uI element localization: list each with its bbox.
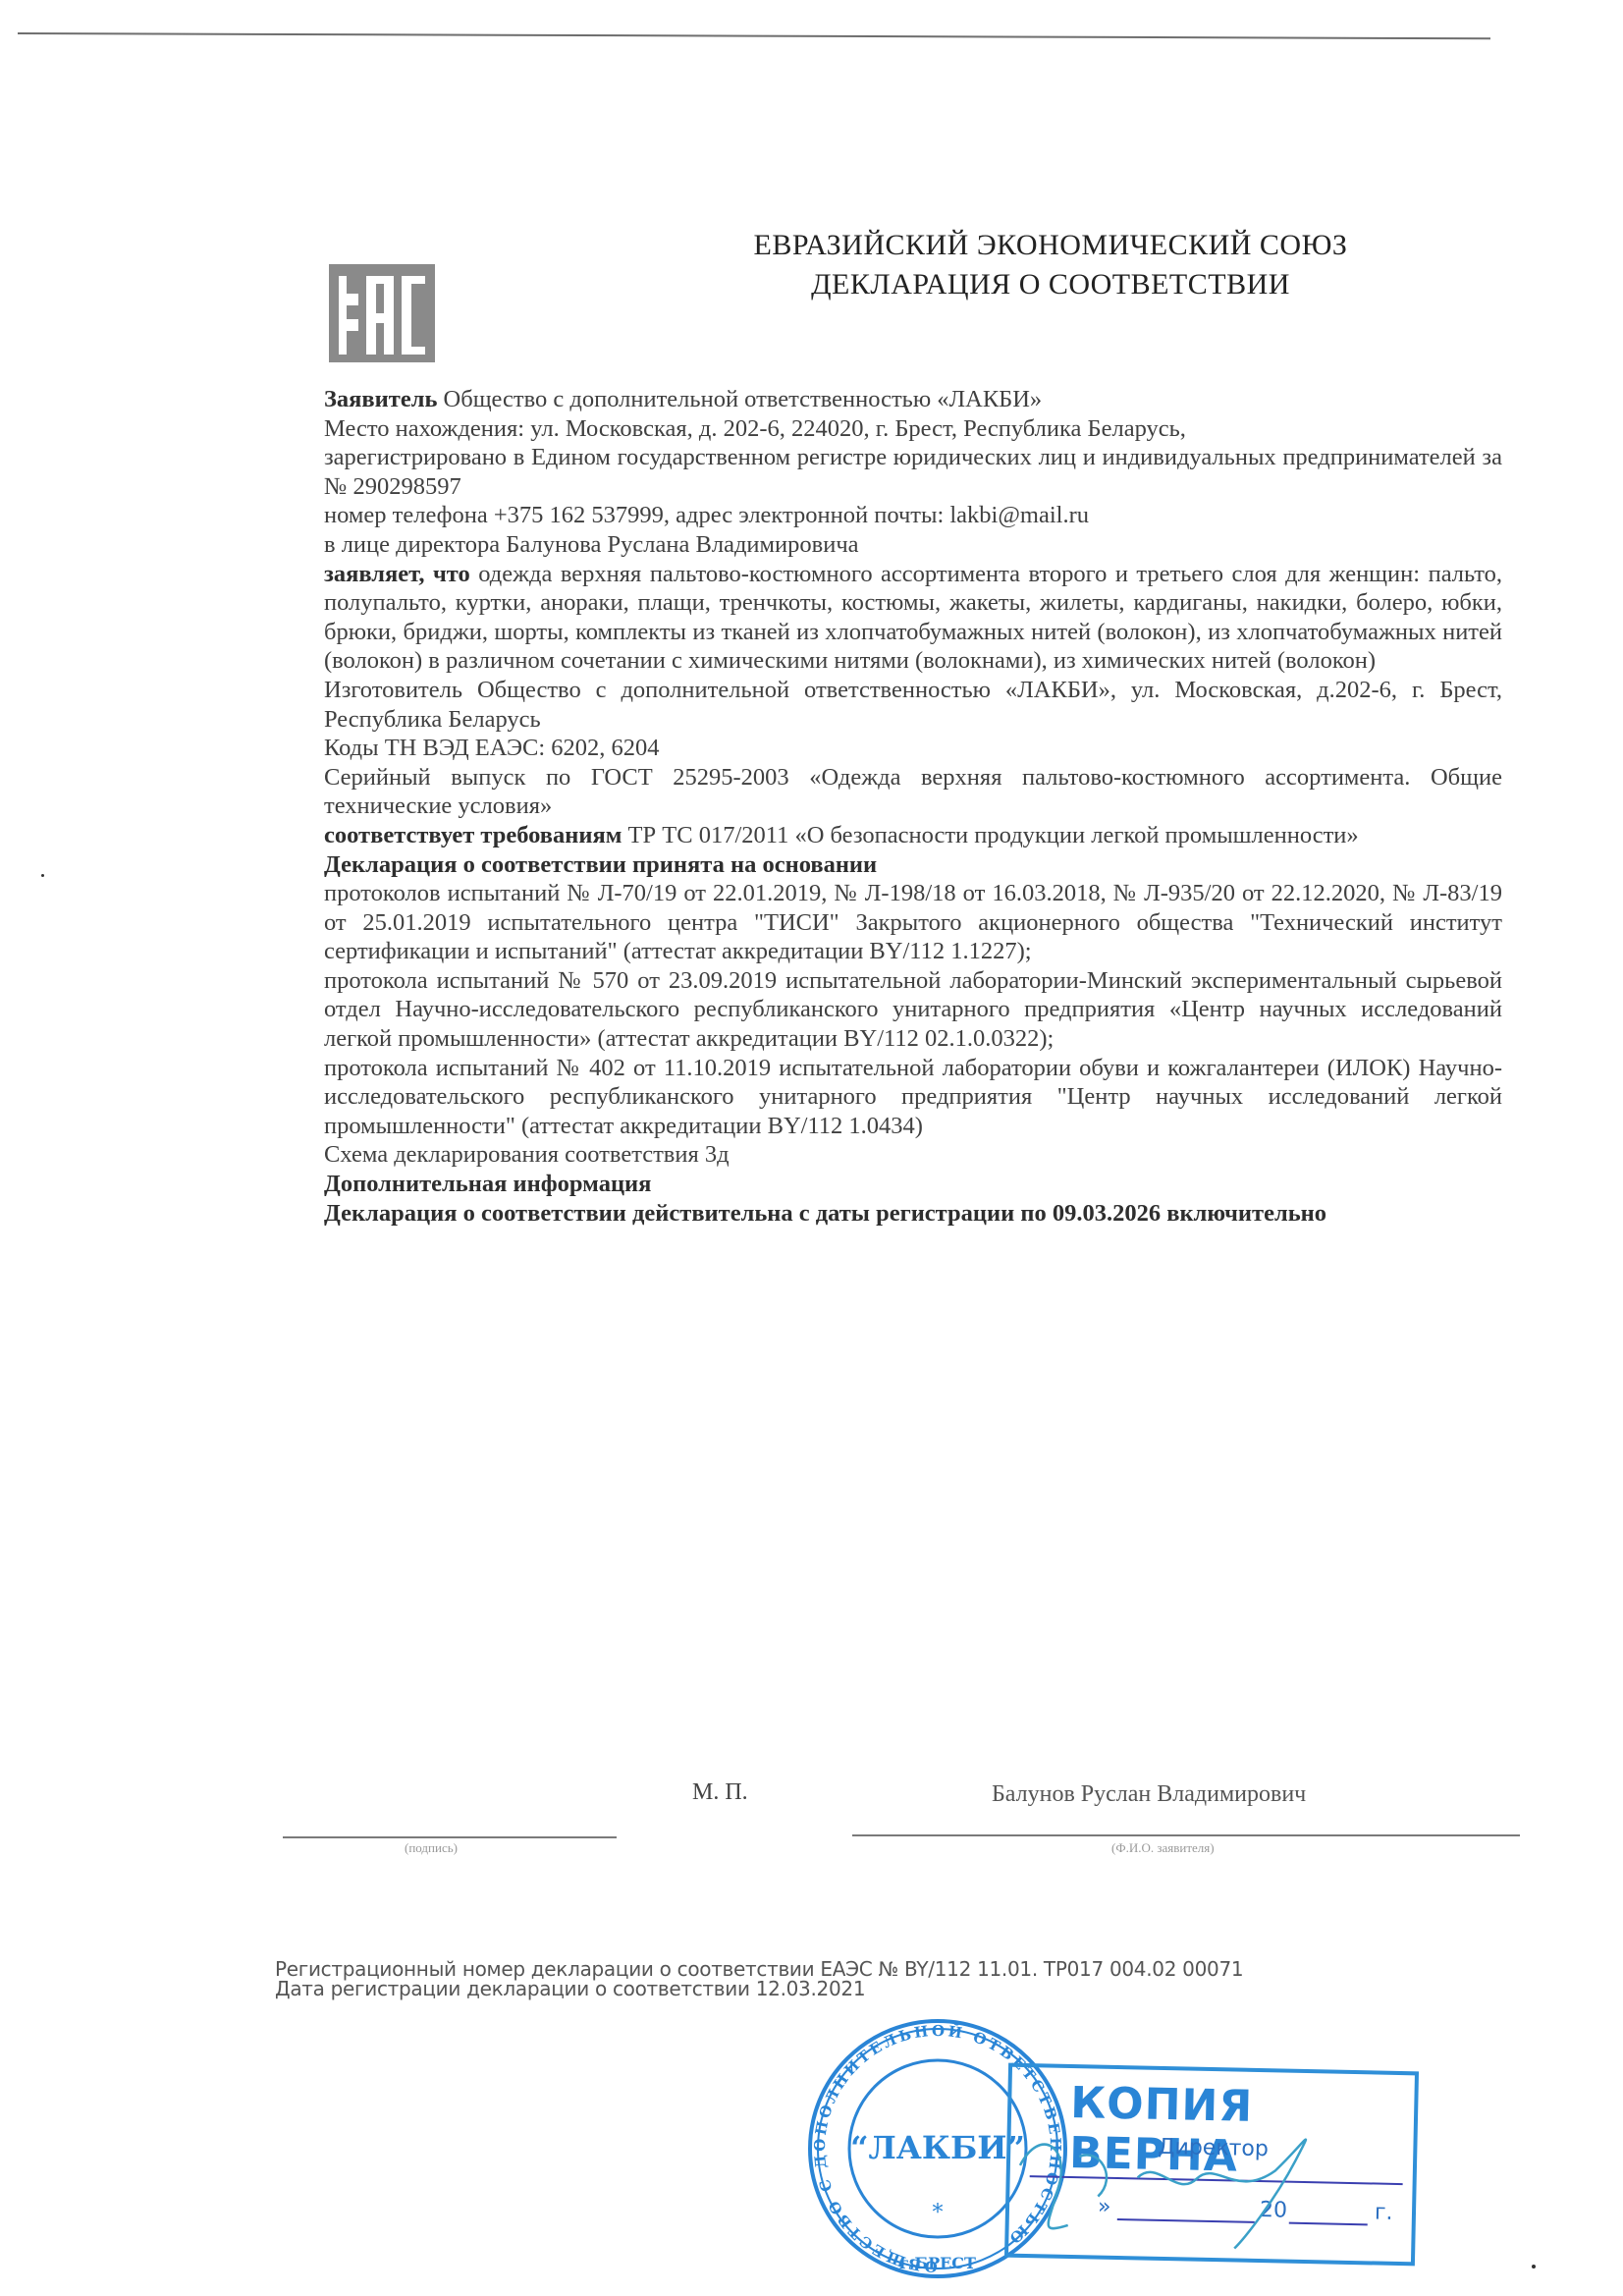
conforms-label: соответствует требованиям	[324, 822, 622, 848]
name-line	[852, 1834, 1520, 1836]
applicant-contacts: номер телефона +375 162 537999, адрес эл…	[324, 501, 1502, 530]
scan-speck	[41, 874, 44, 877]
conforms: соответствует требованиям ТР ТС 017/2011…	[324, 821, 1502, 850]
applicant-full-name: Балунов Руслан Владимирович	[992, 1781, 1306, 1808]
declaration-scheme: Схема декларирования соответствия 3д	[324, 1140, 1502, 1170]
declares-text: одежда верхняя пальтово-костюмного ассор…	[324, 561, 1502, 675]
declares: заявляет, что одежда верхняя пальтово-ко…	[324, 560, 1502, 676]
stamp-city: г.БРЕСТ	[899, 2254, 976, 2272]
registration-info: Регистрационный номер декларации о соотв…	[275, 1959, 1243, 1998]
manufacturer: Изготовитель Общество с дополнительной о…	[324, 676, 1502, 734]
signature-line	[283, 1836, 617, 1838]
copy-certified-stamp: КОПИЯ ВЕРНА Директор » 20 г.	[1004, 2063, 1419, 2267]
declares-label: заявляет, что	[324, 561, 470, 587]
scan-edge-line	[18, 32, 1490, 39]
name-caption: (Ф.И.О. заявителя)	[1111, 1840, 1215, 1856]
header-title: ДЕКЛАРАЦИЯ О СООТВЕТСТВИИ	[589, 265, 1512, 304]
applicant-name: Общество с дополнительной ответственност…	[444, 386, 1043, 412]
basis-item: протоколов испытаний № Л-70/19 от 22.01.…	[324, 879, 1502, 966]
basis-item: протокола испытаний № 402 от 11.10.2019 …	[324, 1054, 1502, 1141]
document-header: ЕВРАЗИЙСКИЙ ЭКОНОМИЧЕСКИЙ СОЮЗ ДЕКЛАРАЦИ…	[589, 226, 1512, 304]
applicant-registration: зарегистрировано в Едином государственно…	[324, 443, 1502, 501]
header-union: ЕВРАЗИЙСКИЙ ЭКОНОМИЧЕСКИЙ СОЮЗ	[589, 226, 1512, 265]
manufacturer-text: Общество с дополнительной ответственност…	[324, 677, 1502, 733]
applicant-label: Заявитель	[324, 386, 437, 412]
manufacturer-label: Изготовитель	[324, 677, 462, 703]
serial-release: Серийный выпуск по ГОСТ 25295-2003 «Одеж…	[324, 763, 1502, 821]
conforms-text: ТР ТС 017/2011 «О безопасности продукции…	[628, 822, 1359, 848]
applicant: Заявитель Общество с дополнительной отве…	[324, 385, 1502, 414]
eac-logo-icon	[327, 262, 437, 364]
handwritten-signature-icon	[979, 2086, 1355, 2261]
applicant-represented-by: в лице директора Балунова Руслана Владим…	[324, 530, 1502, 560]
copy-stamp-year-suffix: г.	[1375, 2200, 1393, 2224]
seal-place: М. П.	[692, 1779, 748, 1806]
additional-heading: Дополнительная информация	[324, 1170, 1502, 1199]
svg-text:*: *	[933, 2201, 944, 2225]
applicant-address: Место нахождения: ул. Московская, д. 202…	[324, 414, 1502, 444]
registration-number: Регистрационный номер декларации о соотв…	[275, 1959, 1243, 1979]
registration-date: Дата регистрации декларации о соответств…	[275, 1979, 1243, 1998]
signature-caption: (подпись)	[405, 1840, 458, 1856]
scan-speck	[1532, 2265, 1536, 2269]
basis-item: протокола испытаний № 570 от 23.09.2019 …	[324, 966, 1502, 1054]
tn-ved-codes: Коды ТН ВЭД ЕАЭС: 6202, 6204	[324, 734, 1502, 763]
basis-heading: Декларация о соответствии принята на осн…	[324, 850, 1502, 880]
declaration-body: Заявитель Общество с дополнительной отве…	[324, 385, 1502, 1228]
validity: Декларация о соответствии действительна …	[324, 1199, 1502, 1229]
